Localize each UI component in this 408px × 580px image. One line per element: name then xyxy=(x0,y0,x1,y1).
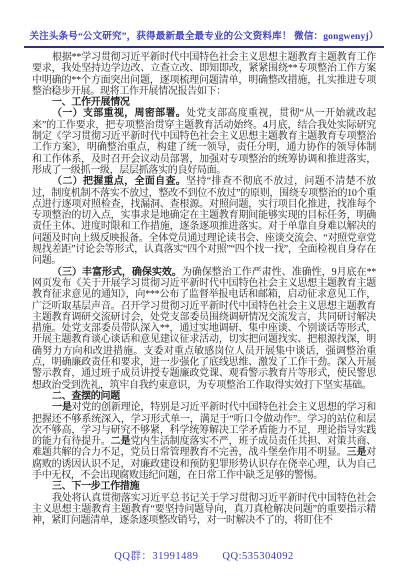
section-1-item-1: （一）支部重视，周密部署。处党支部高度重视，贯彻“从一开始就改起来”的工作要求，… xyxy=(32,108,376,176)
promo-header: 关注头条号“公文研究”，获得最新最全最专业的公文资料库！ 微信：gongweny… xyxy=(0,26,408,48)
section-3-heading: 三、下一步工作措施 xyxy=(32,481,376,492)
qq-number-text: QQ:535304092 xyxy=(222,551,293,562)
section-2-problems: 一是对党的创新理论，特别是习近平新时代中国特色社会主义思想的学习和把握还不够系统… xyxy=(32,402,376,481)
section-3-paragraph: 我处将认真贯彻落实习近平总书记关于学习贯彻习近平新时代中国特色社会主义思想主题教… xyxy=(32,493,376,527)
intro-paragraph: 根据**学习贯彻习近平新时代中国特色社会主义思想主题教育主题教育工作要求，我处坚… xyxy=(32,52,376,97)
problem-lead: 二是 xyxy=(111,436,131,447)
section-3-text: 我处将认真贯彻落实习近平总书记关于学习贯彻习近平新时代中国特色社会主义思想主题教… xyxy=(32,493,376,527)
promo-header-underline: 关注头条号“公文研究”，获得最新最全最专业的公文资料库！ 微信：gongweny… xyxy=(24,26,383,48)
item-text: 为确保整治工作严肃性、准确性，9月底在**网页发布《关于开展学习贯彻习近平新时代… xyxy=(32,267,376,391)
document-page: 关注头条号“公文研究”，获得最新最全最专业的公文资料库！ 微信：gongweny… xyxy=(0,0,408,580)
item-lead: （三）丰富形式，确保实效。 xyxy=(52,267,182,278)
item-text: 坚持“排查不彻底不放过，问题不清楚不放过，制度机制不落实不放过，整改不到位不放过… xyxy=(32,176,376,266)
intro-paragraph-text: 根据**学习贯彻习近平新时代中国特色社会主义思想主题教育主题教育工作要求，我处坚… xyxy=(32,52,376,97)
problem-lead: 一是 xyxy=(52,402,72,413)
section-1-heading: 一、工作开展情况 xyxy=(32,97,376,108)
section-2-heading: 二、查摆的问题 xyxy=(32,391,376,402)
item-lead: （一）支部重视，周密部署。 xyxy=(52,108,186,119)
contact-footer: QQ群：31991489QQ:535304092 xyxy=(0,548,408,563)
section-1-item-2: （二）把握重点，全面自查。坚持“排查不彻底不放过，问题不清楚不放过，制度机制不落… xyxy=(32,176,376,266)
item-lead: （二）把握重点，全面自查。 xyxy=(52,176,186,187)
section-1-item-3: （三）丰富形式，确保实效。为确保整治工作严肃性、准确性，9月底在**网页发布《关… xyxy=(32,267,376,391)
promo-header-text: 关注头条号“公文研究”，获得最新最全最专业的公文资料库！ 微信：gongweny… xyxy=(29,32,378,42)
document-body: 根据**学习贯彻习近平新时代中国特色社会主义思想主题教育主题教育工作要求，我处坚… xyxy=(32,52,376,526)
qq-group-text: QQ群：31991489 xyxy=(114,551,198,562)
problem-lead: 三是 xyxy=(347,447,367,458)
